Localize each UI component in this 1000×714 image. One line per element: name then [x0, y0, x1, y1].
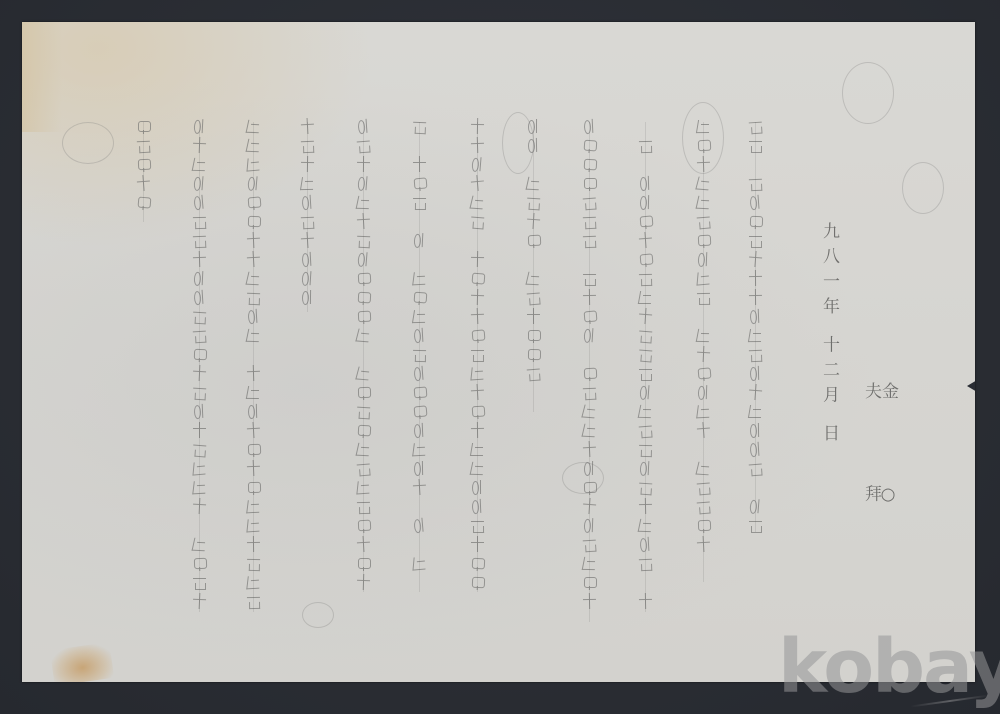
paper-fiber: [842, 62, 894, 124]
paper-fiber: [302, 602, 334, 628]
date-line: 九八一年 十二月 日: [820, 222, 837, 502]
watermark-logo: kobay: [778, 630, 1000, 704]
column-stroke: [533, 122, 534, 412]
paper-stain-corner: [50, 642, 114, 682]
paper-tear-notch: [967, 380, 975, 392]
column-stroke: [307, 122, 308, 312]
column-stroke: [363, 122, 364, 592]
column-stroke: [253, 122, 254, 612]
column-stroke: [703, 122, 704, 582]
column-stroke: [477, 122, 478, 592]
column-stroke: [589, 122, 590, 622]
paper-fiber: [62, 122, 114, 164]
column-stroke: [645, 122, 646, 612]
paper-stain-top: [22, 22, 62, 132]
paper-fiber: [902, 162, 944, 214]
column-stroke: [143, 122, 144, 222]
letter-paper: 九八一年 十二月 日 金 ○ 夫 拜: [22, 22, 975, 682]
column-stroke: [755, 122, 756, 532]
column-stroke: [199, 122, 200, 612]
column-stroke: [419, 122, 420, 592]
signature: 金 ○ 夫 拜: [862, 382, 896, 632]
